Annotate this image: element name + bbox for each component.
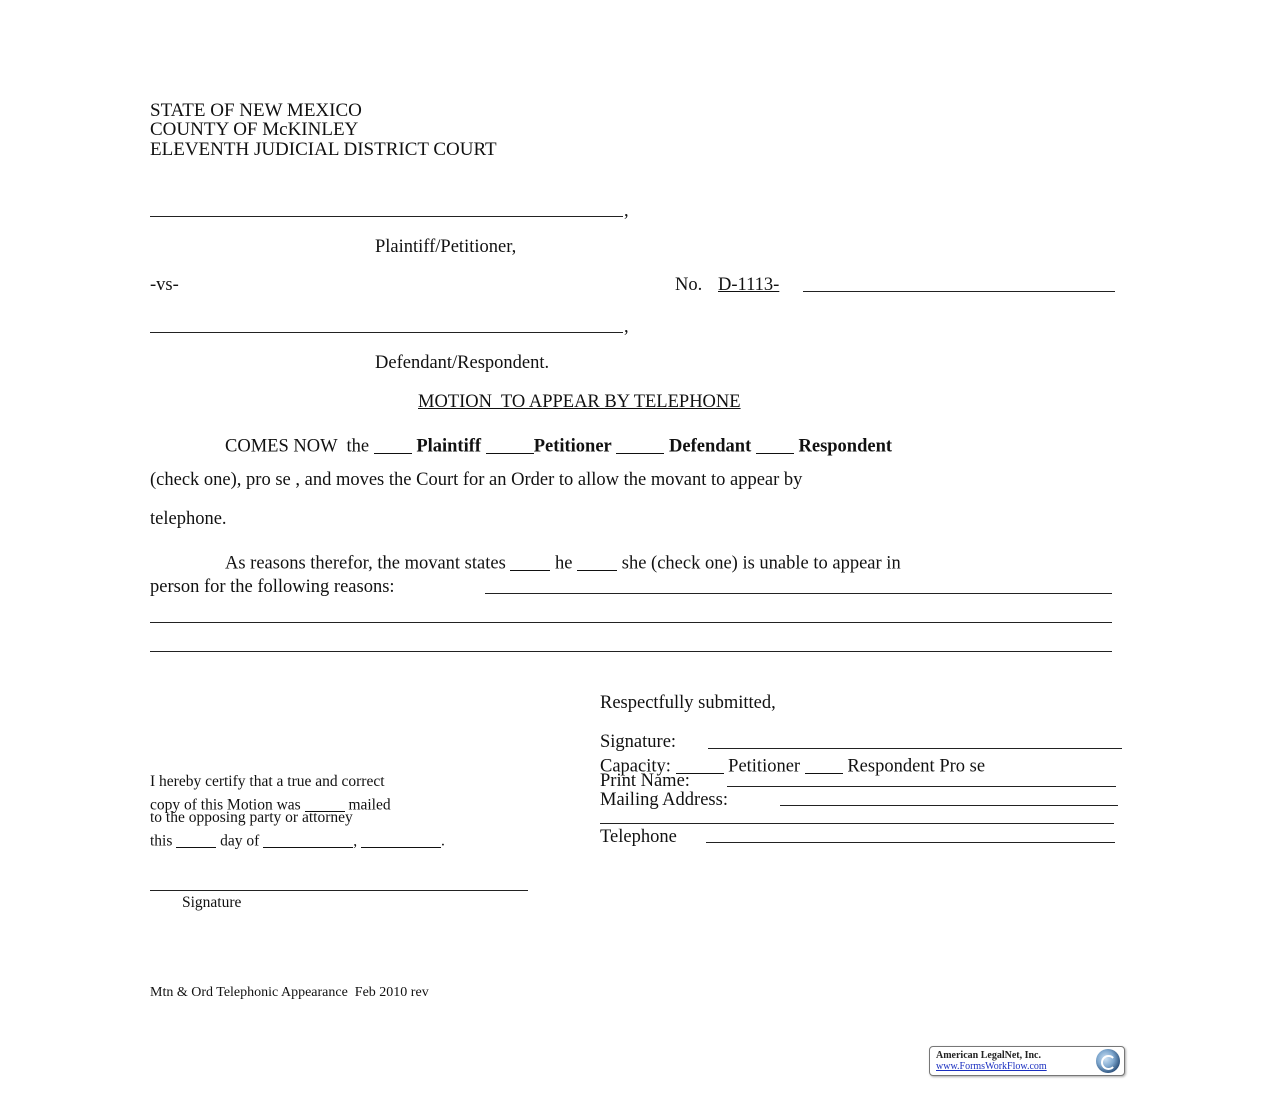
defendant-name-blank[interactable] [150,332,623,333]
header-county: COUNTY OF McKINLEY [150,120,358,139]
print-name-blank[interactable] [727,786,1116,787]
case-number-blank[interactable] [803,291,1115,292]
option-defendant: Defendant [669,437,751,457]
capacity-respondent-blank[interactable] [805,754,843,774]
capacity-petitioner: Petitioner [728,757,800,777]
comes-now-line: COMES NOW the Plaintiff Petitioner Defen… [225,432,892,456]
plaintiff-comma: , [624,202,629,221]
day-of-label: day of [220,833,259,850]
respectfully-submitted: Respectfully submitted, [600,694,776,713]
certificate-signature-blank[interactable] [150,890,528,891]
signature-blank[interactable] [708,748,1122,749]
certificate-line-4: this day of , . [150,829,445,849]
case-number-prefix: D-1113- [718,276,779,295]
mailed-label: mailed [348,797,390,814]
plaintiff-check-blank[interactable] [374,434,412,454]
case-number-label: No. [675,276,702,295]
body-line-2: (check one), pro se , and moves the Cour… [150,471,802,490]
certificate-signature-label: Signature [182,895,241,911]
signature-label: Signature: [600,733,676,752]
option-petitioner: Petitioner [534,437,612,457]
document-title: MOTION TO APPEAR BY TELEPHONE [418,393,741,412]
day-blank[interactable] [176,831,216,848]
body-line-3: telephone. [150,510,227,529]
option-plaintiff: Plaintiff [416,437,481,457]
defendant-comma: , [624,318,629,337]
logo-company-name: American LegalNet, Inc. [936,1050,1041,1061]
reasons-line-2-label: person for the following reasons: [150,578,395,597]
form-identifier: Mtn & Ord Telephonic Appearance Feb 2010… [150,986,429,1000]
petitioner-check-blank[interactable] [486,434,534,454]
comes-now-text: COMES NOW the [225,437,369,457]
american-legalnet-logo[interactable]: American LegalNet, Inc. www.FormsWorkFlo… [929,1046,1125,1076]
reasons-blank-2[interactable] [150,622,1112,623]
she-label: she (check one) is unable to appear in [622,554,901,574]
reasons-blank-1[interactable] [485,593,1112,594]
header-court: ELEVENTH JUDICIAL DISTRICT COURT [150,140,497,159]
logo-url-link[interactable]: www.FormsWorkFlow.com [936,1061,1047,1072]
plaintiff-label: Plaintiff/Petitioner, [375,238,516,257]
telephone-label: Telephone [600,828,677,847]
reasons-blank-3[interactable] [150,651,1112,652]
certificate-line-1: I hereby certify that a true and correct [150,774,385,790]
reasons-line-1: As reasons therefor, the movant states h… [225,549,901,573]
vs-label: -vs- [150,276,179,295]
defendant-check-blank[interactable] [616,434,664,454]
she-check-blank[interactable] [577,551,617,571]
print-name-label: Print Name: [600,772,690,791]
mailing-address-blank-1[interactable] [780,805,1118,806]
certificate-line-3: to the opposing party or attorney [150,810,353,826]
capacity-respondent: Respondent Pro se [847,757,985,777]
he-check-blank[interactable] [510,551,550,571]
defendant-label: Defendant/Respondent. [375,354,549,373]
respondent-check-blank[interactable] [756,434,794,454]
this-label: this [150,833,172,850]
year-blank[interactable] [361,831,441,848]
globe-icon [1096,1049,1120,1073]
month-blank[interactable] [263,831,353,848]
mailing-address-label: Mailing Address: [600,791,728,810]
mailing-address-blank-2[interactable] [600,823,1114,824]
reasons-text: As reasons therefor, the movant states [225,554,506,574]
he-label: he [555,554,572,574]
option-respondent: Respondent [799,437,893,457]
telephone-blank[interactable] [706,842,1115,843]
header-state: STATE OF NEW MEXICO [150,101,362,120]
plaintiff-name-blank[interactable] [150,216,623,217]
